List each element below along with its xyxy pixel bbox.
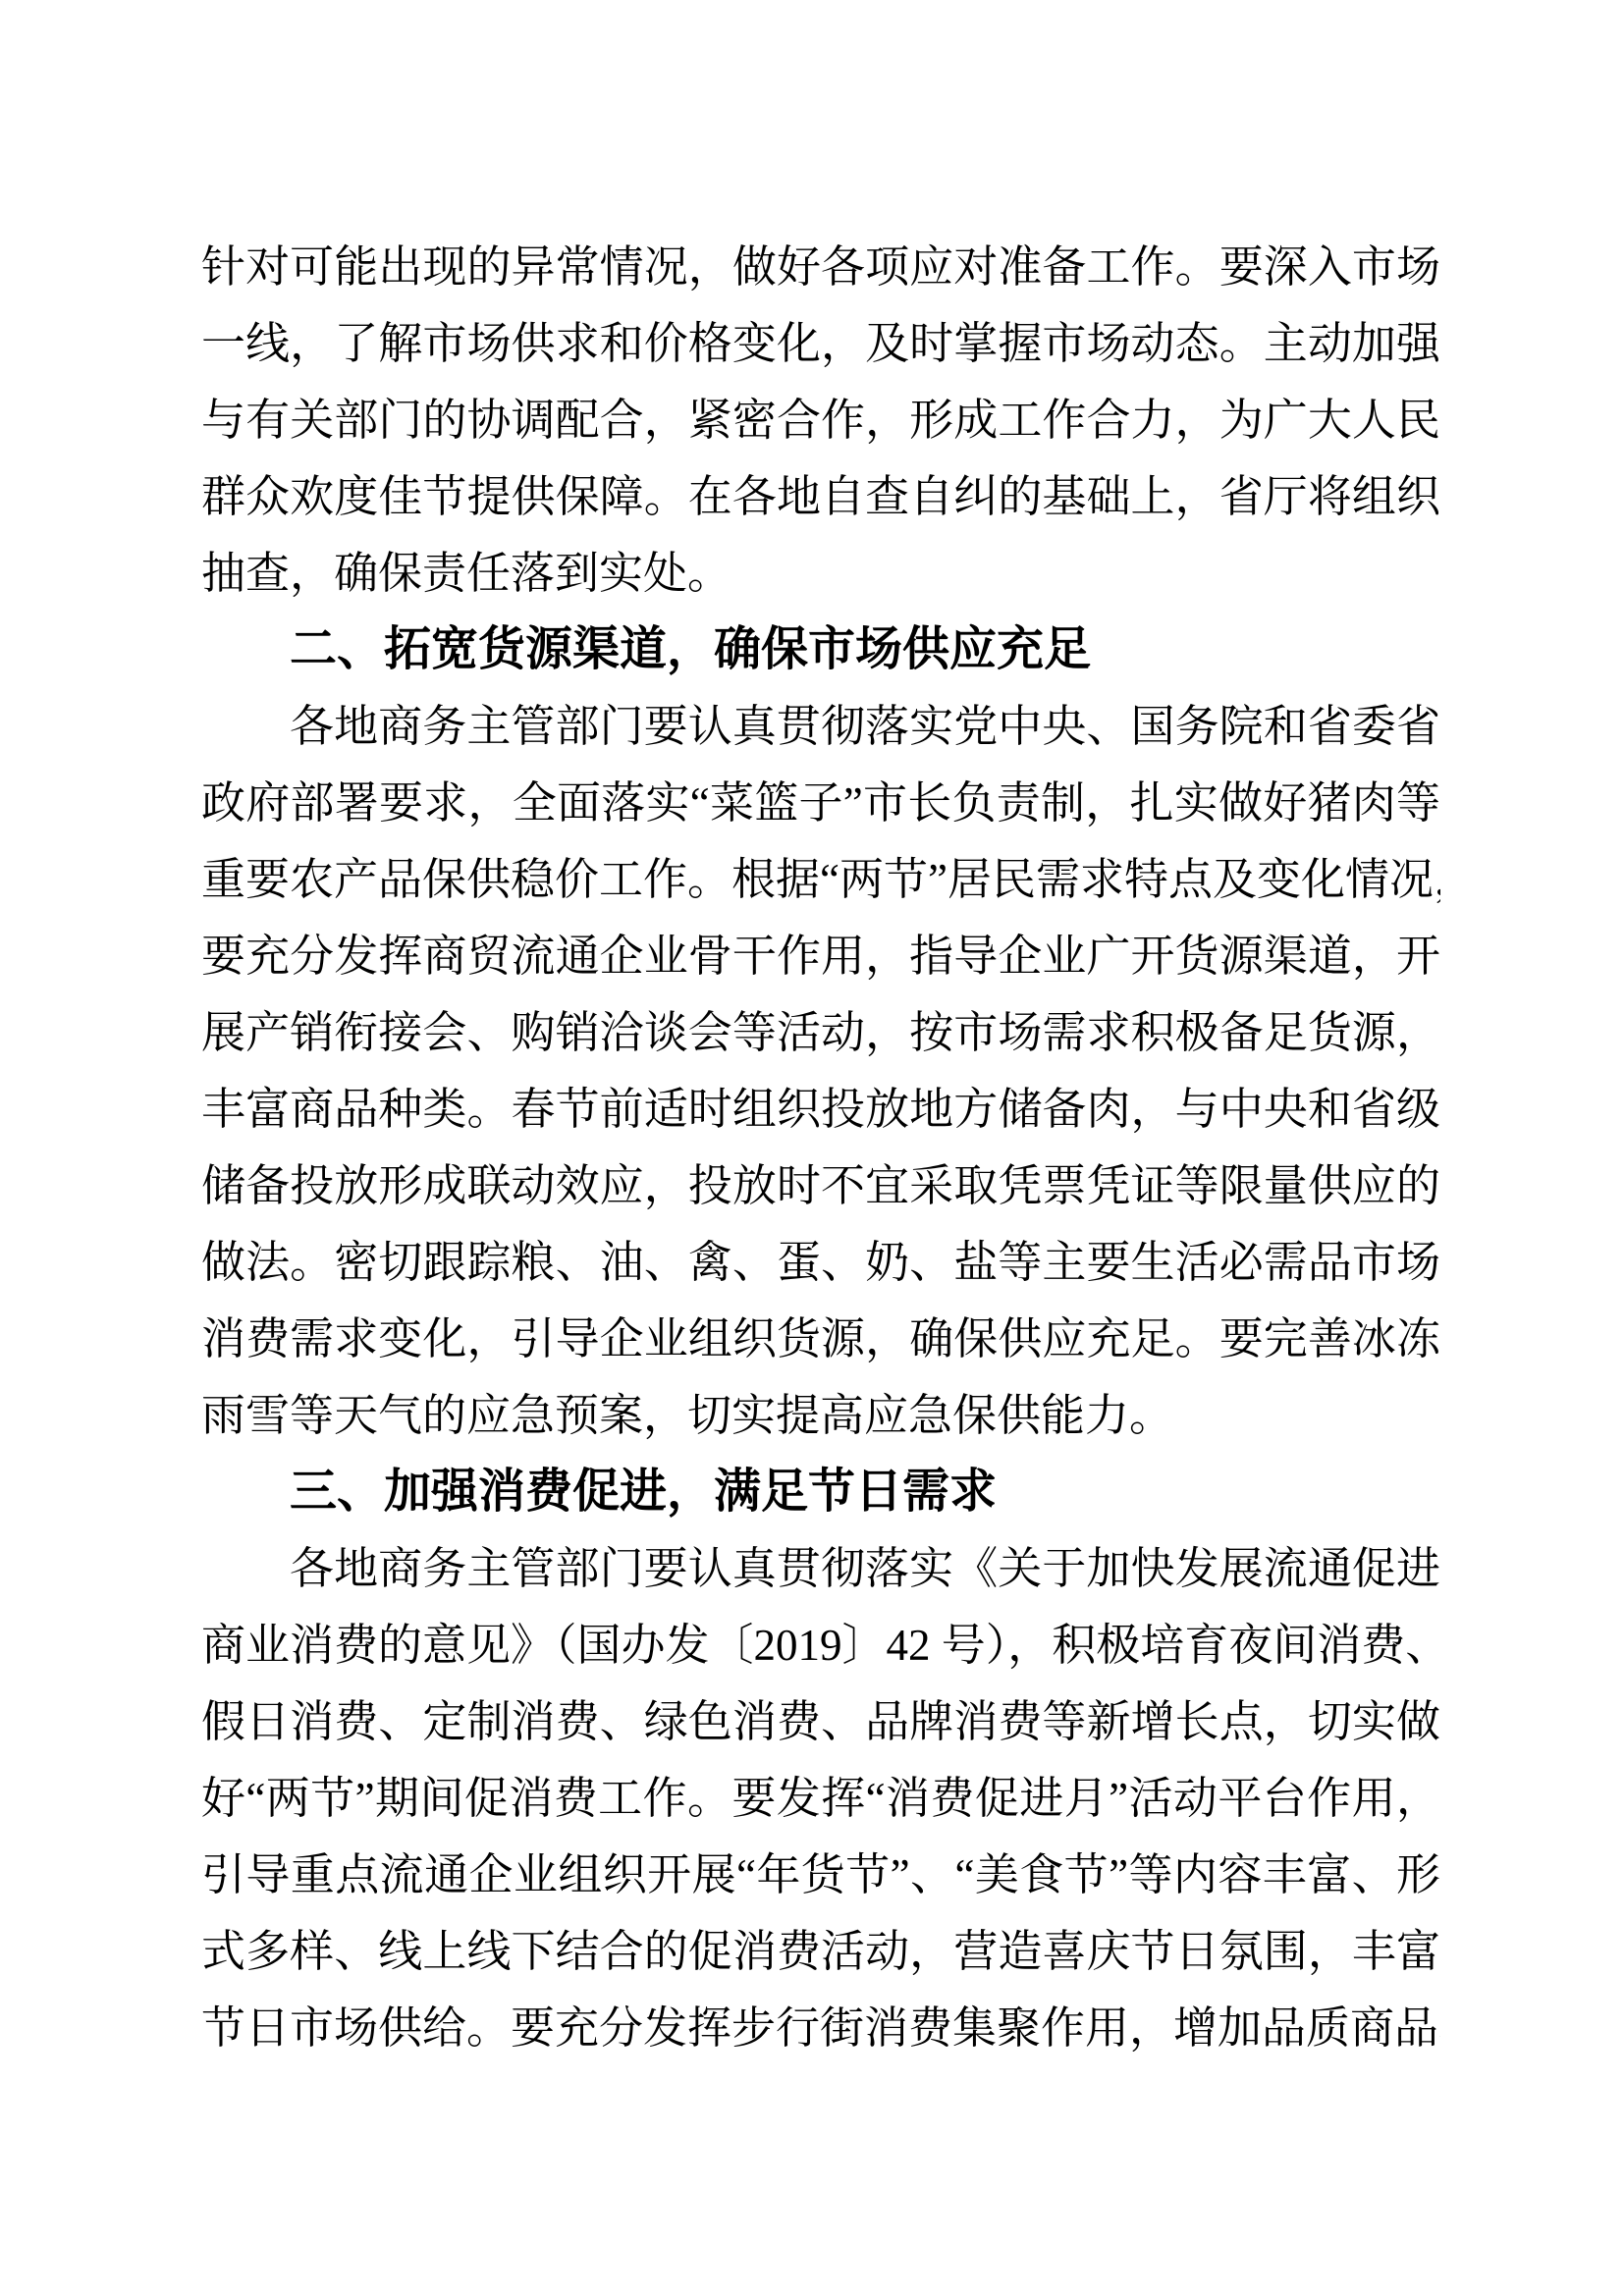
paragraph-line: 要充分发挥商贸流通企业骨干作用，指导企业广开货源渠道，开 — [201, 918, 1440, 994]
paragraph-line: 式多样、线上线下结合的促消费活动，营造喜庆节日氛围，丰富 — [201, 1913, 1440, 1990]
paragraph-line: 重要农产品保供稳价工作。根据“两节”居民需求特点及变化情况， — [201, 841, 1440, 918]
paragraph-line: 各地商务主管部门要认真贯彻落实《关于加快发展流通促进 — [201, 1530, 1440, 1607]
document-page: 针对可能出现的异常情况，做好各项应对准备工作。要深入市场一线，了解市场供求和价格… — [0, 0, 1624, 2296]
paragraph-line: 节日市场供给。要充分发挥步行街消费集聚作用，增加品质商品、 — [201, 1990, 1440, 2066]
paragraph-line: 群众欢度佳节提供保障。在各地自查自纠的基础上，省厅将组织 — [201, 458, 1440, 535]
paragraph-line: 政府部署要求，全面落实“菜篮子”市长负责制，扎实做好猪肉等 — [201, 765, 1440, 841]
paragraph-line: 抽查，确保责任落到实处。 — [201, 535, 1440, 612]
paragraph-line: 展产销衔接会、购销洽谈会等活动，按市场需求积极备足货源， — [201, 994, 1440, 1071]
paragraph-line: 商业消费的意见》（国办发〔2019〕42 号），积极培育夜间消费、 — [201, 1607, 1440, 1683]
paragraph-line: 引导重点流通企业组织开展“年货节”、“美食节”等内容丰富、形 — [201, 1837, 1440, 1913]
document-text-block: 针对可能出现的异常情况，做好各项应对准备工作。要深入市场一线，了解市场供求和价格… — [201, 229, 1440, 2066]
paragraph-line: 消费需求变化，引导企业组织货源，确保供应充足。要完善冰冻 — [201, 1301, 1440, 1377]
paragraph-line: 丰富商品种类。春节前适时组织投放地方储备肉，与中央和省级 — [201, 1071, 1440, 1148]
paragraph-line: 储备投放形成联动效应，投放时不宜采取凭票凭证等限量供应的 — [201, 1148, 1440, 1224]
paragraph-line: 与有关部门的协调配合，紧密合作，形成工作合力，为广大人民 — [201, 382, 1440, 458]
section-heading: 三、加强消费促进，满足节日需求 — [201, 1454, 1440, 1530]
paragraph-line: 雨雪等天气的应急预案，切实提高应急保供能力。 — [201, 1377, 1440, 1454]
paragraph-line: 好“两节”期间促消费工作。要发挥“消费促进月”活动平台作用， — [201, 1760, 1440, 1837]
section-heading: 二、拓宽货源渠道，确保市场供应充足 — [201, 612, 1440, 688]
paragraph-line: 一线，了解市场供求和价格变化，及时掌握市场动态。主动加强 — [201, 305, 1440, 382]
paragraph-line: 各地商务主管部门要认真贯彻落实党中央、国务院和省委省 — [201, 688, 1440, 765]
paragraph-line: 针对可能出现的异常情况，做好各项应对准备工作。要深入市场 — [201, 229, 1440, 305]
paragraph-line: 假日消费、定制消费、绿色消费、品牌消费等新增长点，切实做 — [201, 1683, 1440, 1760]
paragraph-line: 做法。密切跟踪粮、油、禽、蛋、奶、盐等主要生活必需品市场 — [201, 1224, 1440, 1301]
